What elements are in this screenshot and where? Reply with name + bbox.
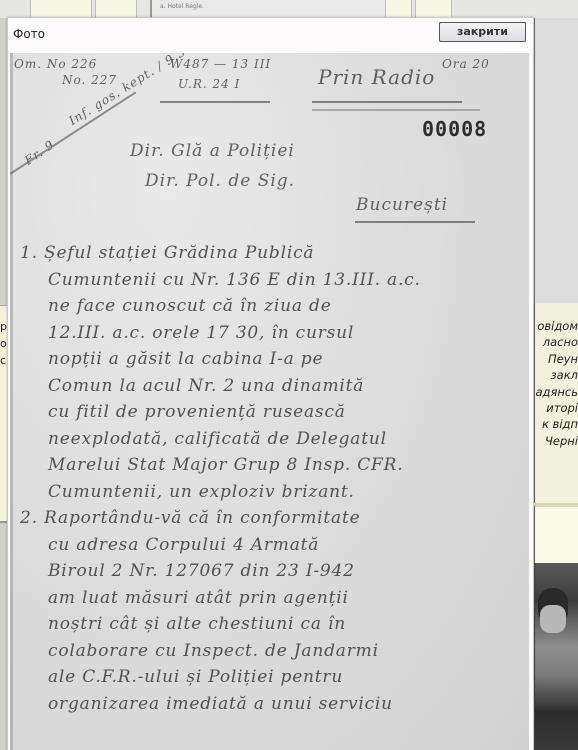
document-addressee-1: Dir. Glă a Poliției [130,141,295,161]
document-body-line: Cumuntenii, un exploziv brizant. [48,482,355,502]
modal-header: Фото закрити [8,18,533,53]
document-addressee-2: Dir. Pol. de Sig. [145,171,295,191]
document-ref-number: Om. No 226 [14,57,97,71]
background-column [415,0,452,18]
modal-title: Фото [13,27,45,41]
document-underline [312,101,462,103]
document-center-ref: W487 — 13 III [170,57,271,71]
background-column [30,0,92,18]
document-underline [160,101,270,103]
modal-body: Om. No 226 No. 227 Inf. gos. kept. / 9.3… [8,53,533,750]
document-body-line: nopții a găsit la cabina I-a pe [48,349,323,369]
document-city: București [356,195,448,215]
document-body-line: ne face cunoscut că în ziua de [48,296,332,316]
document-body-line: cu adresa Corpului 4 Armată [48,535,319,555]
background-right-band [533,503,578,567]
background-right-document [533,18,578,303]
document-body-line: Cumuntenii cu Nr. 136 E din 13.III. a.c. [48,270,421,290]
document-via-radio: Prin Radio [318,65,435,89]
background-photo-face [540,605,566,633]
document-ref-number-2: No. 227 [62,73,117,87]
document-body-line: am luat măsuri atât prin agenții [48,588,349,608]
document-body-line: cu fitil de proveniență rusească [48,402,346,422]
document-center-ref-sub: U.R. 24 I [178,77,240,91]
document-edge [10,53,13,750]
background-column [95,0,137,18]
document-body-line: organizarea imediată a unui serviciu [48,694,393,714]
document-time: Ora 20 [442,57,490,71]
photo-modal: Фото закрити Om. No 226 No. 227 Inf. gos… [7,17,534,750]
document-body-line: Comun la acul Nr. 2 una dinamită [48,376,364,396]
document-body-line: 2. Raportându-vă că în conformitate [20,508,360,528]
document-body-line: 12.III. a.c. orele 17 30, în cursul [48,323,354,343]
document-stamp-number: 00008 [422,117,487,141]
document-diagonal-stroke [10,91,136,174]
document-body-line: Biroul 2 Nr. 127067 din 23 I-942 [48,561,355,581]
document-underline [312,109,480,111]
background-column [385,0,412,18]
document-body-line: 1. Șeful stației Grădina Publică [20,243,314,263]
document-underline [355,221,475,223]
background-document-text: a. Hotel Regle. [160,3,204,10]
document-body-line: Marelui Stat Major Grup 8 Insp. CFR. [48,455,403,475]
document-body-line: colaborare cu Inspect. de Jandarmi [48,641,379,661]
document-body-line: neexplodată, calificată de Delegatul [48,429,387,449]
close-button[interactable]: закрити [439,22,526,42]
background-right-text: овідом ласно Пеун закл адянсь иторі к ві… [535,318,578,449]
document-body-line: ale C.F.R.-ului și Poliției pentru [48,667,343,687]
document-body-line: noștri cât și alte chestiuni ca în [48,614,346,634]
scanned-document-image[interactable]: Om. No 226 No. 227 Inf. gos. kept. / 9.3… [10,53,529,750]
